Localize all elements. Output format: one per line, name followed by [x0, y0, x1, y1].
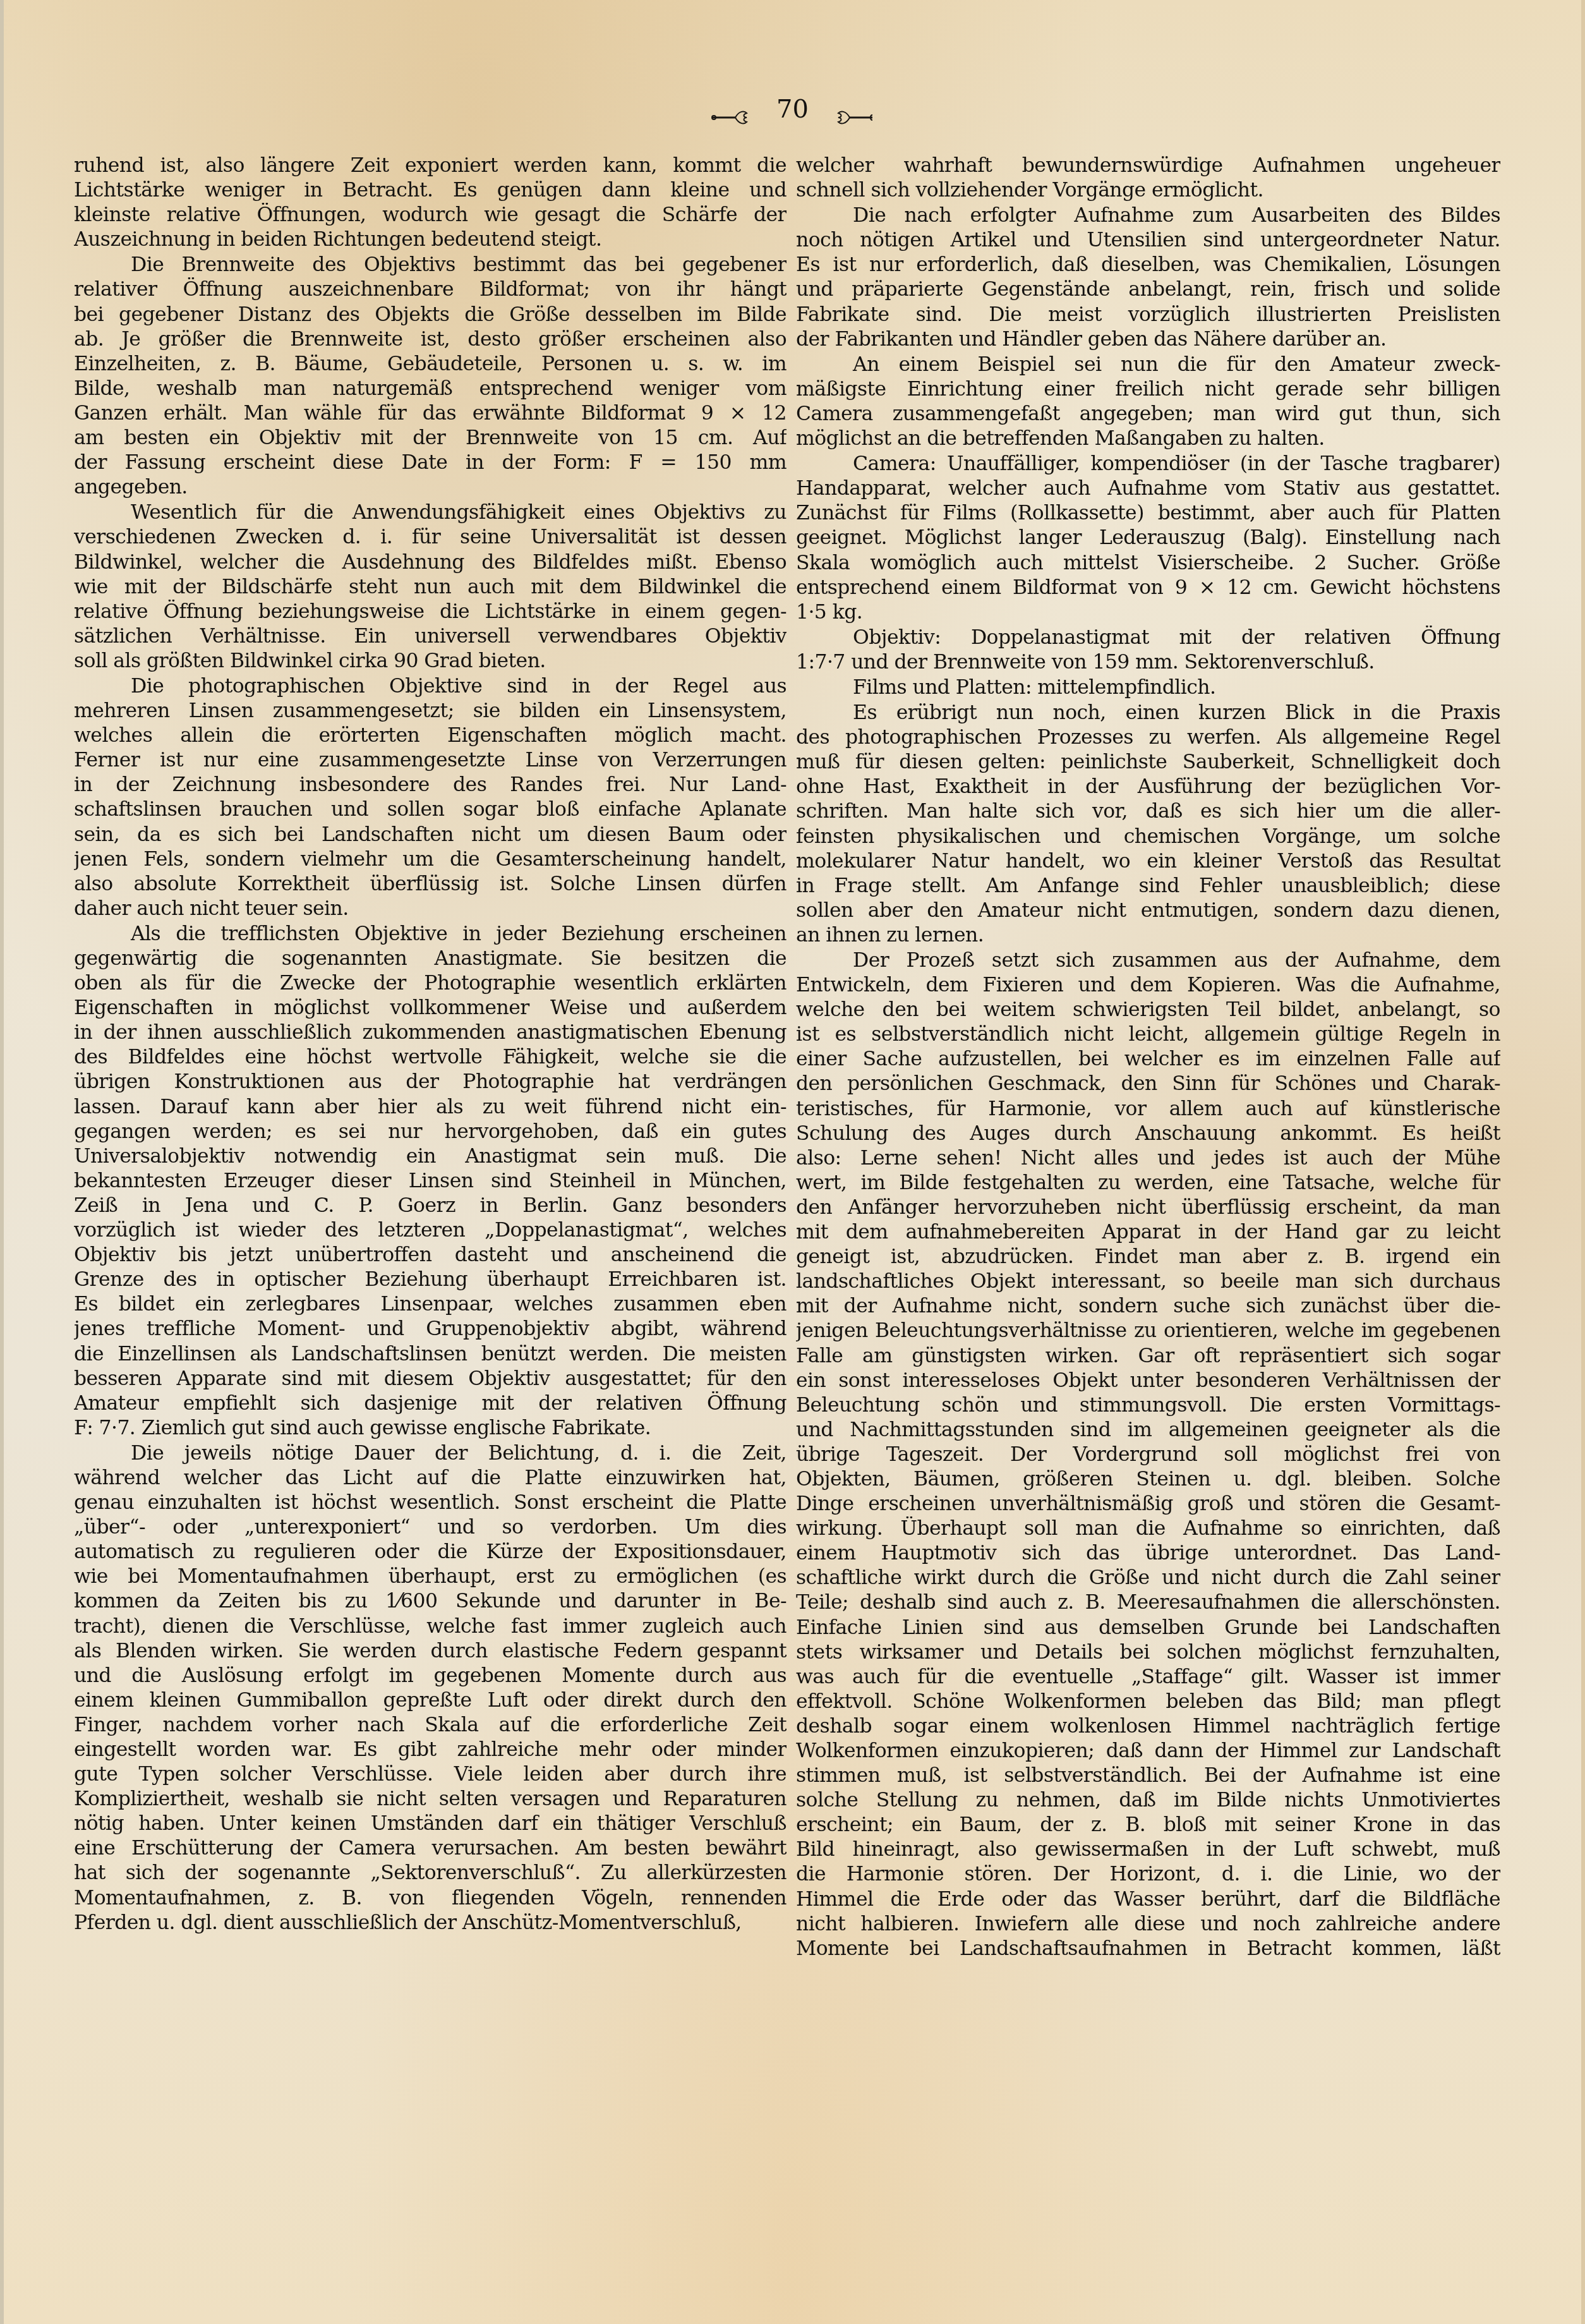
text-line: Beleuchtung schön und stimmungsvoll. Die…: [796, 1393, 1500, 1418]
text-line: Ganzen erhält. Man wähle für das erwähnt…: [74, 401, 786, 426]
text-line: Die Brennweite des Objektivs bestimmt da…: [74, 253, 786, 277]
text-line: oben als für die Zwecke der Photographie…: [74, 971, 786, 996]
text-line: daher auch nicht teuer sein.: [74, 897, 786, 921]
text-line: Auszeichnung in beiden Richtungen bedeut…: [74, 227, 786, 252]
text-line: den Anfänger hervorzuheben nicht überflü…: [796, 1195, 1500, 1220]
text-line: wirkung. Überhaupt soll man die Aufnahme…: [796, 1516, 1500, 1541]
text-line: Die photographischen Objektive sind in d…: [74, 674, 786, 699]
text-line: noch nötigen Artikel und Utensilien sind…: [796, 228, 1500, 253]
text-line: mehreren Linsen zusammengesetzt; sie bil…: [74, 699, 786, 723]
text-line: möglichst an die betreffenden Maßangaben…: [796, 427, 1500, 451]
text-line: jenigen Beleuchtungsverhältnisse zu orie…: [796, 1319, 1500, 1343]
text-line: lassen. Darauf kann aber hier als zu wei…: [74, 1095, 786, 1120]
text-line: Pferden u. dgl. dient ausschließlich der…: [74, 1911, 786, 1935]
text-line: Eigenschaften in möglichst vollkommener …: [74, 996, 786, 1020]
text-line: relative Öffnung beziehungsweise die Lic…: [74, 600, 786, 624]
text-line: also: Lerne sehen! Nicht alles und jedes…: [796, 1146, 1500, 1171]
text-line: kommen da Zeiten bis zu 1⁄600 Sekunde un…: [74, 1589, 786, 1614]
text-line: Die jeweils nötige Dauer der Belichtung,…: [74, 1441, 786, 1466]
paragraph: welcher wahrhaft bewundernswürdige Aufna…: [796, 154, 1500, 203]
text-line: soll als größten Bildwinkel cirka 90 Gra…: [74, 649, 786, 674]
page-header: 70: [0, 88, 1585, 128]
text-line: molekularer Natur handelt, wo ein kleine…: [796, 849, 1500, 874]
text-line: Camera: Unauffälliger, kompendiöser (in …: [796, 452, 1500, 476]
text-line: Fabrikate sind. Die meist vorzüglich ill…: [796, 303, 1500, 327]
text-line: Entwickeln, dem Fixieren und dem Kopiere…: [796, 973, 1500, 998]
text-line: erscheint; ein Baum, der z. B. bloß mit …: [796, 1813, 1500, 1837]
text-line: des Bildfeldes eine höchst wertvolle Fäh…: [74, 1045, 786, 1070]
text-line: in Frage stellt. Am Anfange sind Fehler …: [796, 874, 1500, 899]
text-line: Teile; deshalb sind auch z. B. Meeresauf…: [796, 1590, 1500, 1615]
text-line: geeignet. Möglichst langer Lederauszug (…: [796, 526, 1500, 550]
text-line: Schulung des Auges durch Anschauung anko…: [796, 1122, 1500, 1146]
paragraph: Camera: Unauffälliger, kompendiöser (in …: [796, 452, 1500, 625]
text-line: Es ist nur erforderlich, daß dieselben, …: [796, 253, 1500, 277]
page-number: 70: [776, 90, 809, 128]
text-line: welcher wahrhaft bewundernswürdige Aufna…: [796, 154, 1500, 178]
text-line: Bildwinkel, welcher die Ausdehnung des B…: [74, 550, 786, 575]
text-line: einer Sache aufzustellen, bei welcher es…: [796, 1047, 1500, 1072]
text-line: effektvoll. Schöne Wolkenformen beleben …: [796, 1690, 1500, 1714]
text-line: übrigen Konstruktionen aus der Photograp…: [74, 1070, 786, 1094]
paragraph: Die Brennweite des Objektivs bestimmt da…: [74, 253, 786, 500]
text-line: feinsten physikalischen und chemischen V…: [796, 825, 1500, 849]
text-line: der Fassung erscheint diese Date in der …: [74, 451, 786, 475]
text-line: F: 7·7. Ziemlich gut sind auch gewisse e…: [74, 1416, 786, 1441]
text-line: wie bei Momentaufnahmen überhaupt, erst …: [74, 1564, 786, 1589]
text-line: Bilde, weshalb man naturgemäß entspreche…: [74, 377, 786, 401]
text-line: Camera zusammengefaßt angegeben; man wir…: [796, 402, 1500, 427]
text-line: einem Hauptmotiv sich das übrige unteror…: [796, 1541, 1500, 1566]
text-line: teristisches, für Harmonie, vor allem au…: [796, 1097, 1500, 1122]
paragraph: Films und Platten: mittelempfindlich.: [796, 675, 1500, 700]
text-line: und präparierte Gegenstände anbelangt, r…: [796, 277, 1500, 302]
text-line: schriften. Man halte sich vor, daß es si…: [796, 799, 1500, 824]
text-line: ein sonst interesseloses Objekt unter be…: [796, 1369, 1500, 1393]
paragraph: Die jeweils nötige Dauer der Belichtung,…: [74, 1441, 786, 1935]
text-line: ab. Je größer die Brennweite ist, desto …: [74, 327, 786, 352]
text-line: eine Erschütterung der Camera verursache…: [74, 1836, 786, 1861]
text-line: Wesentlich für die Anwendungsfähigkeit e…: [74, 500, 786, 525]
text-line: hat sich der sogenannte „Sektorenverschl…: [74, 1861, 786, 1885]
page-right-edge: [1581, 0, 1585, 2324]
text-line: Es bildet ein zerlegbares Linsenpaar, we…: [74, 1292, 786, 1317]
text-line: was auch für die eventuelle „Staffage“ g…: [796, 1665, 1500, 1690]
paragraph: ruhend ist, also längere Zeit exponiert …: [74, 154, 786, 252]
text-line: des photographischen Prozesses zu werfen…: [796, 725, 1500, 750]
text-line: Objektiv: Doppelanastigmat mit der relat…: [796, 626, 1500, 650]
text-line: entsprechend einem Bildformat von 9 × 12…: [796, 576, 1500, 600]
text-line: vorzüglich ist wieder des letzteren „Dop…: [74, 1218, 786, 1243]
text-line: relativer Öffnung auszeichnenbare Bildfo…: [74, 277, 786, 302]
text-line: Einfache Linien sind aus demselben Grund…: [796, 1616, 1500, 1640]
text-line: An einem Beispiel sei nun die für den Am…: [796, 353, 1500, 377]
text-line: also absolute Korrektheit überflüssig is…: [74, 872, 786, 897]
text-line: Lichtstärke weniger in Betracht. Es genü…: [74, 178, 786, 203]
text-line: Kompliziertheit, weshalb sie nicht selte…: [74, 1787, 786, 1812]
text-line: Momente bei Landschaftsaufnahmen in Betr…: [796, 1937, 1500, 1961]
text-line: während welcher das Licht auf die Platte…: [74, 1466, 786, 1491]
text-line: Objekten, Bäumen, größeren Steinen u. dg…: [796, 1467, 1500, 1492]
text-line: eingestellt worden war. Es gibt zahlreic…: [74, 1738, 786, 1762]
text-line: geneigt ist, abzudrücken. Findet man abe…: [796, 1245, 1500, 1269]
text-line: Der Prozeß setzt sich zusammen aus der A…: [796, 948, 1500, 973]
text-line: jenes treffliche Moment- und Gruppenobje…: [74, 1317, 786, 1341]
text-line: ohne Hast, Exaktheit in der Ausführung d…: [796, 775, 1500, 799]
text-line: Dinge erscheinen unverhältnismäßig groß …: [796, 1492, 1500, 1516]
text-line: Films und Platten: mittelempfindlich.: [796, 675, 1500, 700]
paragraph: Objektiv: Doppelanastigmat mit der relat…: [796, 626, 1500, 675]
text-line: kleinste relative Öffnungen, wodurch wie…: [74, 203, 786, 227]
text-line: Zeiß in Jena und C. P. Goerz in Berlin. …: [74, 1194, 786, 1218]
text-line: schnell sich vollziehender Vorgänge ermö…: [796, 178, 1500, 203]
text-line: als Blenden wirken. Sie werden durch ela…: [74, 1639, 786, 1664]
text-line: gegangen werden; es sei nur hervorgehobe…: [74, 1120, 786, 1144]
text-line: jenen Fels, sondern vielmehr um die Gesa…: [74, 847, 786, 872]
text-line: Einzelheiten, z. B. Bäume, Gebäudeteile,…: [74, 352, 786, 377]
text-line: Universalobjektiv notwendig ein Anastigm…: [74, 1144, 786, 1169]
text-line: Himmel die Erde oder das Wasser berührt,…: [796, 1887, 1500, 1912]
text-line: schaftliche wirkt durch die Größe und ni…: [796, 1566, 1500, 1590]
text-line: automatisch zu regulieren oder die Kürze…: [74, 1540, 786, 1564]
text-line: übrige Tageszeit. Der Vordergrund soll m…: [796, 1443, 1500, 1467]
text-line: sein, da es sich bei Landschaften nicht …: [74, 823, 786, 847]
text-line: Grenze des in optischer Beziehung überha…: [74, 1268, 786, 1292]
text-line: die Harmonie stören. Der Horizont, d. i.…: [796, 1862, 1500, 1887]
text-line: Als die trefflichsten Objektive in jeder…: [74, 922, 786, 947]
paragraph: Wesentlich für die Anwendungsfähigkeit e…: [74, 500, 786, 674]
text-line: Objektiv bis jetzt unübertroffen dasteht…: [74, 1243, 786, 1268]
text-line: mit dem aufnahmebereiten Apparat in der …: [796, 1220, 1500, 1245]
text-line: solche Stellung zu nehmen, daß im Bilde …: [796, 1788, 1500, 1813]
text-line: Skala womöglich auch mittelst Visiersche…: [796, 551, 1500, 576]
text-line: bekanntesten Erzeuger dieser Linsen sind…: [74, 1169, 786, 1194]
text-line: besseren Apparate sind mit diesem Objekt…: [74, 1367, 786, 1391]
text-line: welche den bei weitem schwierigsten Teil…: [796, 998, 1500, 1022]
page-left-edge: [0, 0, 4, 2324]
text-line: sätzlichen Verhältnisse. Ein universell …: [74, 624, 786, 649]
fleuron-left-icon: [711, 100, 749, 119]
text-line: am besten ein Objektiv mit der Brennweit…: [74, 426, 786, 451]
text-line: Zunächst für Films (Rollkassette) bestim…: [796, 501, 1500, 526]
text-line: Bild hineinragt, also gewissermaßen in d…: [796, 1837, 1500, 1862]
text-line: in der Zeichnung insbesondere des Randes…: [74, 773, 786, 797]
paragraph: An einem Beispiel sei nun die für den Am…: [796, 353, 1500, 451]
text-line: Ferner ist nur eine zusammengesetzte Lin…: [74, 748, 786, 773]
text-line: 1·5 kg.: [796, 600, 1500, 625]
text-line: angegeben.: [74, 475, 786, 500]
text-line: schaftslinsen brauchen und sollen sogar …: [74, 797, 786, 822]
text-line: wie mit der Bildschärfe steht nun auch m…: [74, 575, 786, 600]
text-line: Es erübrigt nun noch, einen kurzen Blick…: [796, 701, 1500, 725]
paragraph: Der Prozeß setzt sich zusammen aus der A…: [796, 948, 1500, 1961]
paragraph: Es erübrigt nun noch, einen kurzen Blick…: [796, 701, 1500, 948]
text-line: nicht halbieren. Inwiefern alle diese un…: [796, 1912, 1500, 1937]
text-line: Handapparat, welcher auch Aufnahme vom S…: [796, 476, 1500, 501]
text-line: wert, im Bilde festgehalten zu werden, e…: [796, 1171, 1500, 1195]
right-column: welcher wahrhaft bewundernswürdige Aufna…: [796, 154, 1500, 1962]
text-line: Finger, nachdem vorher nach Skala auf di…: [74, 1713, 786, 1738]
text-line: „über“- oder „unterexponiert“ und so ver…: [74, 1515, 786, 1540]
paragraph: Die photographischen Objektive sind in d…: [74, 674, 786, 921]
text-line: ruhend ist, also längere Zeit exponiert …: [74, 154, 786, 178]
paragraph: Als die trefflichsten Objektive in jeder…: [74, 922, 786, 1441]
text-line: gute Typen solcher Verschlüsse. Viele le…: [74, 1762, 786, 1787]
text-line: mit der Aufnahme nicht, sondern suche si…: [796, 1294, 1500, 1319]
text-line: die Einzellinsen als Landschaftslinsen b…: [74, 1342, 786, 1367]
text-line: bei gegebener Distanz des Objekts die Gr…: [74, 303, 786, 327]
text-line: der Fabrikanten und Händler geben das Nä…: [796, 327, 1500, 352]
text-line: einem kleinen Gummiballon gepreßte Luft …: [74, 1688, 786, 1713]
text-line: ist es selbstverständlich nicht leicht, …: [796, 1022, 1500, 1047]
text-line: sollen aber den Amateur nicht entmutigen…: [796, 899, 1500, 923]
text-line: welches allein die erörterten Eigenschaf…: [74, 723, 786, 748]
text-line: verschiedenen Zwecken d. i. für seine Un…: [74, 525, 786, 550]
text-line: Falle am günstigsten wirken. Gar oft rep…: [796, 1344, 1500, 1369]
text-line: muß für diesen gelten: peinlichste Saube…: [796, 750, 1500, 775]
fleuron-right-icon: [836, 100, 874, 119]
text-line: gegenwärtig die sogenannten Anastigmate.…: [74, 947, 786, 971]
text-line: nötig haben. Unter keinen Umständen darf…: [74, 1812, 786, 1836]
left-column: ruhend ist, also längere Zeit exponiert …: [74, 154, 786, 1936]
text-line: genau einzuhalten ist höchst wesentlich.…: [74, 1491, 786, 1515]
text-line: Amateur empfiehlt sich dasjenige mit der…: [74, 1391, 786, 1416]
text-line: mäßigste Einrichtung einer freilich nich…: [796, 377, 1500, 402]
text-line: deshalb sogar einem wolkenlosen Himmel n…: [796, 1714, 1500, 1739]
text-line: und die Auslösung erfolgt im gegebenen M…: [74, 1664, 786, 1688]
text-line: stets wirksamer und Details bei solchen …: [796, 1640, 1500, 1665]
text-line: und Nachmittagsstunden sind im allgemein…: [796, 1418, 1500, 1443]
text-line: Wolkenformen einzukopieren; daß dann der…: [796, 1739, 1500, 1764]
text-line: landschaftliches Objekt interessant, so …: [796, 1269, 1500, 1294]
text-line: tracht), dienen die Verschlüsse, welche …: [74, 1614, 786, 1639]
text-line: den persönlichen Geschmack, den Sinn für…: [796, 1072, 1500, 1096]
text-line: 1:7·7 und der Brennweite von 159 mm. Sek…: [796, 650, 1500, 675]
text-line: stimmen muß, ist selbstverständlich. Bei…: [796, 1764, 1500, 1788]
text-line: in der ihnen ausschließlich zukommenden …: [74, 1020, 786, 1045]
text-line: Momentaufnahmen, z. B. von fliegenden Vö…: [74, 1886, 786, 1911]
text-line: Die nach erfolgter Aufnahme zum Ausarbei…: [796, 203, 1500, 228]
text-line: an ihnen zu lernen.: [796, 923, 1500, 948]
paragraph: Die nach erfolgter Aufnahme zum Ausarbei…: [796, 203, 1500, 352]
